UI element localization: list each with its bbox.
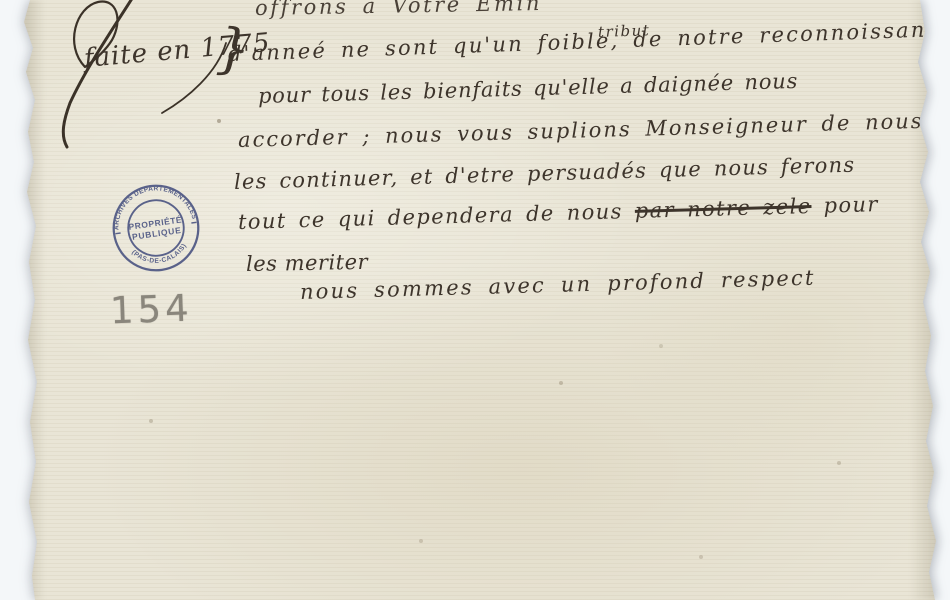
archive-stamp: ARCHIVES DÉPARTEMENTALES (PAS-DE-CALAIS)… (103, 175, 209, 281)
manuscript-line: offrons a Votre Emin (255, 0, 542, 20)
manuscript-line: nous sommes avec un profond respect (300, 266, 816, 304)
manuscript-line: accorder ; nous vous suplions Monseigneu… (238, 109, 924, 152)
stamp-separator-left (116, 233, 121, 234)
folio-number: 154 (109, 287, 193, 333)
manuscript-line: les meriter (246, 250, 369, 276)
manuscript-line: pour tous les bienfaits qu'elle a daigné… (258, 69, 799, 108)
manuscript-line-with-strikethrough: tout ce qui dependera de nous par notre … (238, 192, 879, 234)
manuscript-paper: faite en 1775 } offrons a Votre Emin tri… (0, 0, 950, 600)
manuscript-line: d'anneé ne sont qu'un foible, de notre r… (228, 17, 950, 66)
right-deckle-shade (902, 0, 940, 600)
line-segment: tout ce qui dependera de nous (238, 199, 636, 234)
calligraphic-flourish-icon (40, 0, 240, 155)
stamp-separator-right (191, 222, 196, 223)
paper-specks (0, 0, 2, 2)
struck-text: par notre zele (635, 194, 812, 223)
manuscript-scan: faite en 1775 } offrons a Votre Emin tri… (0, 0, 950, 600)
line-segment: pour (811, 192, 879, 218)
manuscript-line: les continuer, et d'etre persuadés que n… (234, 153, 856, 194)
